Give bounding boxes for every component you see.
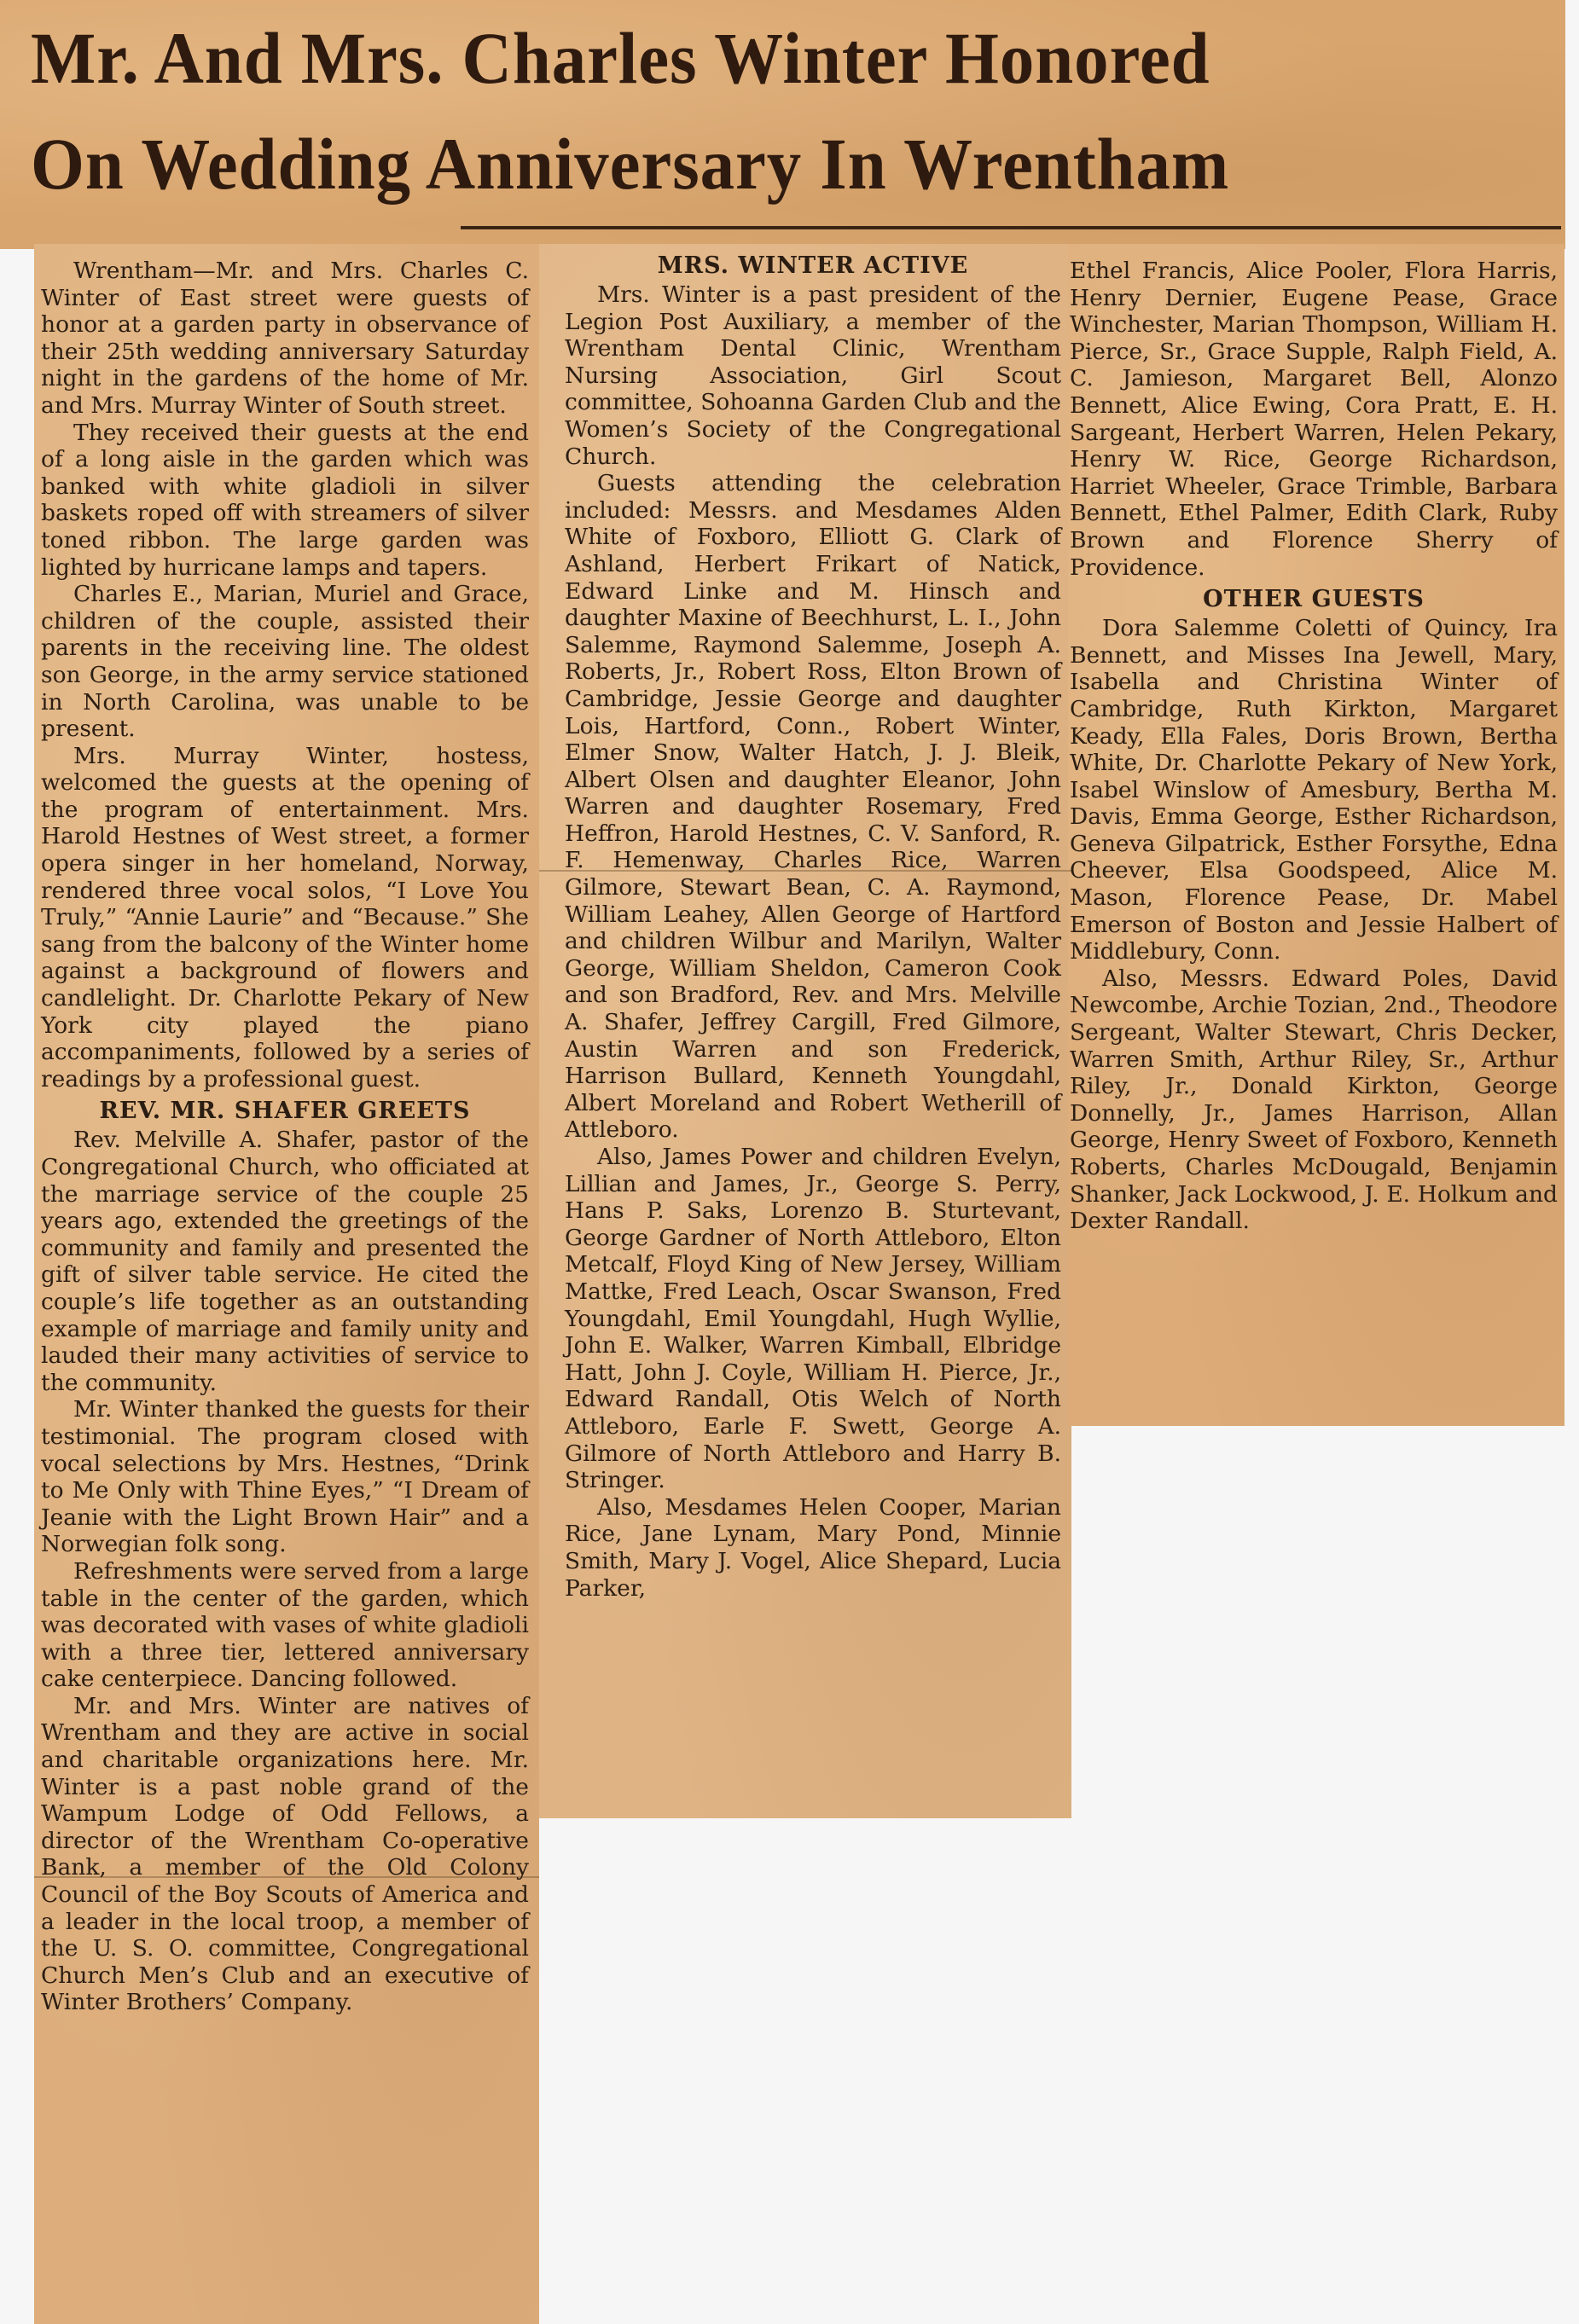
article-column-left: Wrentham—Mr. and Mrs. Charles C. Winter … (41, 258, 529, 2016)
subhead-shafer-greets: REV. MR. SHAFER GREETS (41, 1098, 529, 1125)
paragraph: They received their guests at the end of… (41, 420, 529, 582)
headline-rule (461, 226, 1561, 229)
paragraph: Refreshments were served from a large ta… (41, 1558, 529, 1693)
paragraph: Mrs. Murray Winter, hostess, welcomed th… (41, 743, 529, 1093)
paragraph: Guests attending the celebration include… (565, 470, 1061, 1144)
paragraph: Ethel Francis, Alice Pooler, Flora Harri… (1070, 258, 1558, 581)
paragraph: Mr. and Mrs. Winter are natives of Wrent… (41, 1693, 529, 2016)
paragraph: Charles E., Marian, Muriel and Grace, ch… (41, 581, 529, 743)
article-column-right: Ethel Francis, Alice Pooler, Flora Harri… (1070, 258, 1558, 1235)
paragraph: Also, Messrs. Edward Poles, David Newcom… (1070, 965, 1558, 1235)
paragraph: Mrs. Winter is a past president of the L… (565, 281, 1061, 470)
headline: Mr. And Mrs. Charles Winter Honored On W… (31, 5, 1474, 217)
paragraph: Rev. Melville A. Shafer, pastor of the C… (41, 1127, 529, 1396)
subhead-other-guests: OTHER GUESTS (1070, 586, 1558, 613)
headline-line-2: On Wedding Anniversary In Wrentham (31, 111, 1474, 217)
article-column-middle: MRS. WINTER ACTIVE Mrs. Winter is a past… (565, 247, 1061, 1602)
headline-line-1: Mr. And Mrs. Charles Winter Honored (31, 5, 1474, 111)
subhead-mrs-winter-active: MRS. WINTER ACTIVE (565, 252, 1061, 280)
paragraph: Also, James Power and children Evelyn, L… (565, 1144, 1061, 1494)
paragraph: Also, Mesdames Helen Cooper, Marian Rice… (565, 1494, 1061, 1602)
paragraph: Wrentham—Mr. and Mrs. Charles C. Winter … (41, 258, 529, 420)
headline-clipping: Mr. And Mrs. Charles Winter Honored On W… (0, 0, 1565, 249)
paragraph: Mr. Winter thanked the guests for their … (41, 1396, 529, 1558)
paragraph: Dora Salemme Coletti of Quincy, Ira Benn… (1070, 615, 1558, 965)
